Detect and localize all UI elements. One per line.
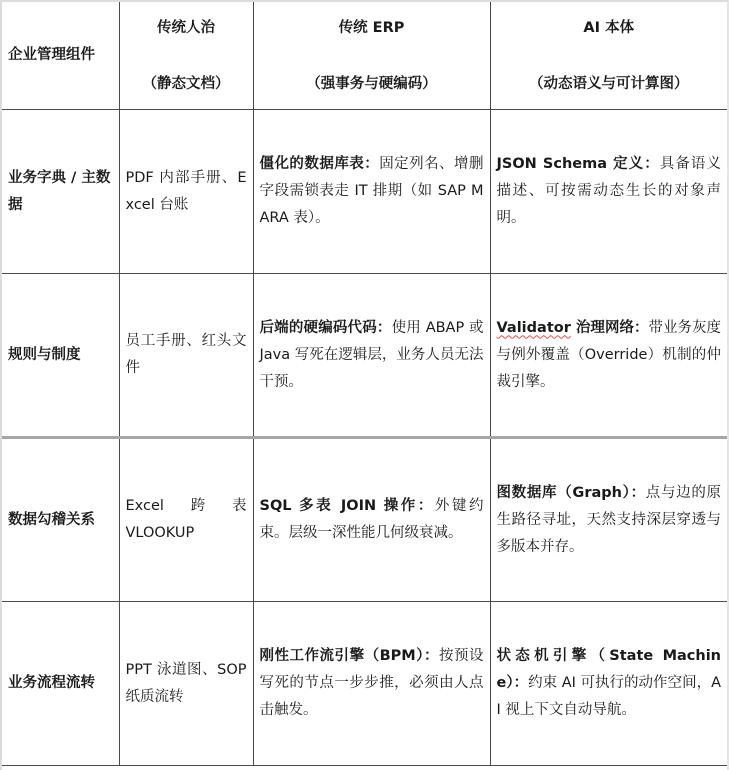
- row-component: 业务字典 / 主数据: [2, 110, 119, 274]
- row-erp: 僵化的数据库表：固定列名、增删字段需锁表走 IT 排期（如 SAP MARA 表…: [253, 110, 490, 274]
- header-erp-subtitle: （强事务与硬编码）: [260, 70, 484, 98]
- row-manual: 员工手册、红头文件: [119, 274, 253, 438]
- row-manual: PPT 泳道图、SOP 纸质流转: [119, 602, 253, 766]
- row-ai: 状态机引擎（State Machine）：约束 AI 可执行的动作空间，AI 视…: [490, 602, 727, 766]
- ai-term: 治理网络：: [571, 320, 649, 336]
- erp-term: 僵化的数据库表：: [260, 156, 380, 172]
- spellcheck-underlined-term: Validator: [497, 320, 571, 336]
- manual-word: 跨: [191, 493, 206, 520]
- erp-term: SQL 多表 JOIN 操作：: [260, 498, 435, 514]
- row-erp: SQL 多表 JOIN 操作：外键约束。层级一深性能几何级衰减。: [253, 438, 490, 602]
- table-row: 业务字典 / 主数据 PDF 内部手册、Excel 台账 僵化的数据库表：固定列…: [2, 110, 727, 274]
- manual-line-1: Excel 跨 表: [126, 493, 247, 520]
- table-row: 规则与制度 员工手册、红头文件 后端的硬编码代码：使用 ABAP 或 Java …: [2, 274, 727, 438]
- table-row: 数据勾稽关系 Excel 跨 表 VLOOKUP SQL 多表 JOIN 操作：…: [2, 438, 727, 602]
- header-component: 企业管理组件: [2, 2, 119, 110]
- erp-term: 刚性工作流引擎（BPM）：: [260, 648, 439, 664]
- row-component: 规则与制度: [2, 274, 119, 438]
- header-ai-subtitle: （动态语义与可计算图）: [497, 70, 722, 98]
- header-manual-subtitle: （静态文档）: [126, 70, 247, 98]
- header-component-title: 企业管理组件: [8, 47, 95, 63]
- header-erp-title: 传统 ERP: [260, 14, 484, 42]
- header-ai: AI 本体 （动态语义与可计算图）: [490, 2, 727, 110]
- erp-term: 后端的硬编码代码：: [260, 320, 392, 336]
- ai-term: 图数据库（Graph）：: [497, 485, 646, 501]
- table-header-row: 企业管理组件 传统人治 （静态文档） 传统 ERP （强事务与硬编码） AI 本…: [2, 2, 727, 110]
- table-row: 业务流程流转 PPT 泳道图、SOP 纸质流转 刚性工作流引擎（BPM）：按预设…: [2, 602, 727, 766]
- ai-desc: 约束 AI 可执行的动作空间，AI 视上下文自动导航。: [497, 675, 722, 718]
- ai-term: JSON Schema 定义：: [497, 156, 660, 172]
- row-erp: 刚性工作流引擎（BPM）：按预设写死的节点一步步推，必须由人点击触发。: [253, 602, 490, 766]
- manual-line-2: VLOOKUP: [126, 520, 247, 547]
- row-ai: JSON Schema 定义：具备语义描述、可按需动态生长的对象声明。: [490, 110, 727, 274]
- row-component: 数据勾稽关系: [2, 438, 119, 602]
- row-erp: 后端的硬编码代码：使用 ABAP 或 Java 写死在逻辑层，业务人员无法干预。: [253, 274, 490, 438]
- manual-word: 表: [232, 493, 247, 520]
- comparison-table: 企业管理组件 传统人治 （静态文档） 传统 ERP （强事务与硬编码） AI 本…: [2, 2, 727, 766]
- row-component: 业务流程流转: [2, 602, 119, 766]
- header-ai-title: AI 本体: [497, 14, 722, 42]
- manual-word: Excel: [126, 493, 164, 520]
- header-manual-title: 传统人治: [126, 14, 247, 42]
- header-manual: 传统人治 （静态文档）: [119, 2, 253, 110]
- header-erp: 传统 ERP （强事务与硬编码）: [253, 2, 490, 110]
- row-ai: 图数据库（Graph）：点与边的原生路径寻址，天然支持深层穿透与多版本并存。: [490, 438, 727, 602]
- row-ai: Validator 治理网络：带业务灰度与例外覆盖（Override）机制的仲裁…: [490, 274, 727, 438]
- row-manual: Excel 跨 表 VLOOKUP: [119, 438, 253, 602]
- row-manual: PDF 内部手册、Excel 台账: [119, 110, 253, 274]
